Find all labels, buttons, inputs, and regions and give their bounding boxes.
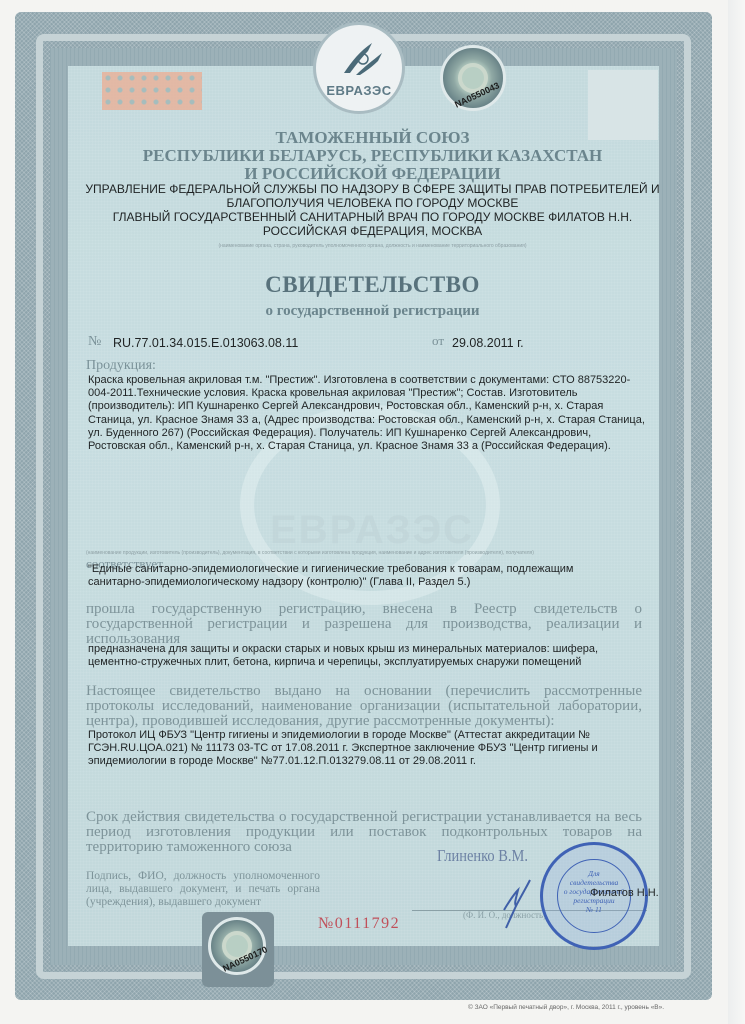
security-pattern-patch [102,72,202,110]
union-line-3: И РОССИЙСКОЙ ФЕДЕРАЦИИ [70,164,675,183]
handwritten-signer-name: Глиненко В.М. [437,846,528,866]
certificate-number: RU.77.01.34.015.Е.013063.08.11 [113,336,298,350]
product-label: Продукция: [86,358,156,374]
hologram-disc: NA0550170 [208,917,266,975]
authority-line-4: РОССИЙСКАЯ ФЕДЕРАЦИЯ, МОСКВА [70,224,675,239]
hologram-sticker-top: NA0550043 [440,45,506,111]
product-description: Краска кровельная акриловая т.м. "Прести… [88,374,648,453]
product-caption: (наименование продукции, изготовитель (п… [86,550,656,556]
signer-name: Филатов Н.Н. [590,887,659,899]
document-subtitle: о государственной регистрации [70,303,675,320]
authority-caption: (наименование органа, страна, руководите… [110,243,635,249]
usage-text: предназначена для защиты и окраски стары… [88,643,648,669]
eurasec-emblem: ЕВРАЗЭС [313,22,405,114]
union-line-2: РЕСПУБЛИКИ БЕЛАРУСЬ, РЕСПУБЛИКИ КАЗАХСТА… [70,146,675,165]
handwritten-signature-icon [500,870,540,930]
watermark-text: ЕВРАЗЭС [270,508,470,553]
form-serial-number: №0111792 [318,915,400,933]
emblem-text: ЕВРАЗЭС [316,83,402,98]
validity-text: Срок действия свидетельства о государств… [86,810,642,855]
signature-label: Подпись, ФИО, должность уполномоченного … [86,870,320,909]
eurasec-swoosh-icon [338,39,386,79]
authority-line-3: ГЛАВНЫЙ ГОСУДАРСТВЕННЫЙ САНИТАРНЫЙ ВРАЧ … [70,210,675,225]
stamp-line: свидетельства [543,878,645,887]
basis-text: Протокол ИЦ ФБУЗ "Центр гигиены и эпидем… [88,729,633,769]
conformity-text: "Единые санитарно-эпидемиологические и г… [88,563,608,589]
printer-note: © ЗАО «Первый печатный двор», г. Москва,… [468,1004,664,1011]
page-edge [728,0,745,1024]
number-label: № [88,334,101,350]
stamp-line: Для [543,869,645,878]
hologram-sticker-bottom: NA0550170 [202,912,274,987]
certificate-date: 29.08.2011 г. [452,336,524,350]
registration-statement: прошла государственную регистрацию, внес… [86,602,642,647]
stamp-line: № 11 [543,905,645,914]
date-label: от [432,333,444,349]
union-line-1: ТАМОЖЕННЫЙ СОЮЗ [70,128,675,147]
document-title: СВИДЕТЕЛЬСТВО [70,272,675,298]
authority-line-1: УПРАВЛЕНИЕ ФЕДЕРАЛЬНОЙ СЛУЖБЫ ПО НАДЗОРУ… [70,182,675,197]
basis-label: Настоящее свидетельство выдано на основа… [86,684,642,729]
authority-line-2: БЛАГОПОЛУЧИЯ ЧЕЛОВЕКА ПО ГОРОДУ МОСКВЕ [70,196,675,211]
